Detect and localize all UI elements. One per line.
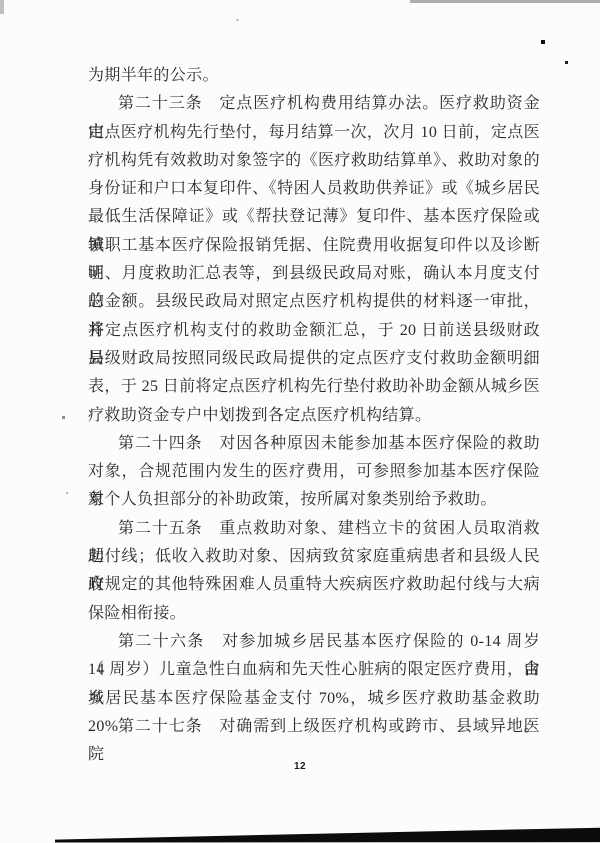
text-line: 第二十六条 对参加城乡居民基本医疗保险的 0-14 周岁（含 [88,628,540,656]
scan-edge-shadow [55,826,600,843]
scan-speck [62,416,65,419]
text-line: 第二十七条 对确需到上级医疗机构或跨市、县域异地医院 [88,713,540,741]
text-line: 定点医疗机构先行垫付，每月结算一次，次月 10 日前，定点医 [88,119,540,147]
text-line: 总金额。县级民政局对照定点医疗机构提供的材料逐一审批，并 [88,288,540,316]
scan-speck [541,40,545,44]
text-line: 象个人负担部分的补助政策，按所属对象类别给予救助。 [88,486,540,514]
scanned-document-page: 为期半年的公示。第二十三条 定点医疗机构费用结算办法。医疗救助资金由定点医疗机构… [0,0,600,843]
document-lines: 为期半年的公示。第二十三条 定点医疗机构费用结算办法。医疗救助资金由定点医疗机构… [88,62,540,741]
text-line: 为期半年的公示。 [88,62,540,90]
scan-speck [66,492,68,494]
text-line: 乡居民基本医疗保险基金支付 70%，城乡医疗救助基金救助 20%。 [88,685,540,713]
scan-corner-mark [0,0,4,14]
text-line: 疗救助资金专户中划拨到各定点医疗机构结算。 [88,402,540,430]
scan-top-streak [410,0,468,3]
text-line: 第二十四条 对因各种原因未能参加基本医疗保险的救助 [88,430,540,458]
text-line: 身份证和户口本复印件、《特困人员救助供养证》或《城乡居民 [88,175,540,203]
text-line: 保险相衔接。 [88,600,540,628]
page-number: 12 [0,761,600,772]
text-line: 对象，合规范围内发生的医疗费用，可参照参加基本医疗保险对 [88,458,540,486]
text-line: 将定点医疗机构支付的救助金额汇总，于 20 日前送县级财政局。 [88,317,540,345]
text-line: 府规定的其他特殊困难人员重特大疾病医疗救助起付线与大病 [88,571,540,599]
text-line: 起付线；低收入救助对象、因病致贫家庭重病患者和县级人民政 [88,543,540,571]
text-line: 第二十三条 定点医疗机构费用结算办法。医疗救助资金由 [88,90,540,118]
text-line: 最低生活保障证》或《帮扶登记薄》复印件、基本医疗保险或城 [88,203,540,231]
scan-top-streak [468,0,600,3]
text-line: 明、月度救助汇总表等，到县级民政局对账，确认本月度支付的 [88,260,540,288]
text-line: 14 周岁）儿童急性白血病和先天性心脏病的限定医疗费用，由城 [88,656,540,684]
scan-speck [565,61,568,64]
text-line: 县级财政局按照同级民政局提供的定点医疗支付救助金额明细 [88,345,540,373]
text-line: 第二十五条 重点救助对象、建档立卡的贫困人员取消救助 [88,515,540,543]
text-line: 镇职工基本医疗保险报销凭据、住院费用收据复印件以及诊断证 [88,232,540,260]
scan-speck [236,19,239,21]
text-line: 疗机构凭有效救助对象签字的《医疗救助结算单》、救助对象的 [88,147,540,175]
text-line: 表，于 25 日前将定点医疗机构先行垫付救助补助金额从城乡医 [88,373,540,401]
